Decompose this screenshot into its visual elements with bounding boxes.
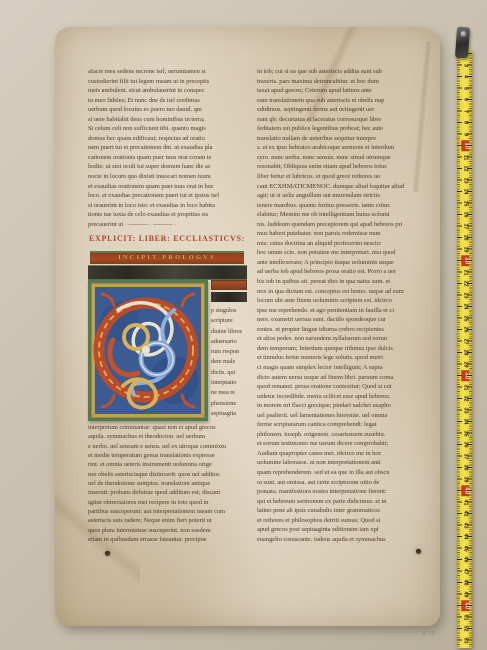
manuscript-text-line: phensione <box>211 399 247 409</box>
manuscript-text-line: domus hec quam edificaui; respicias ad o… <box>88 134 247 144</box>
ruler-number: 15 <box>461 198 468 208</box>
text-column-right: in iob; cui si ea que sub asteriscis add… <box>257 67 435 547</box>
parchment-hole-left <box>105 551 110 556</box>
manuscript-text-line: et medie temperatum genus translationis … <box>88 451 247 460</box>
manuscript-text-line: bis iob in quibus ait. pereat dies in qu… <box>257 277 435 287</box>
ruler-number: 31 <box>461 382 468 392</box>
manuscript-text-line: loco. et exaudias precationem pueri tui … <box>88 191 247 201</box>
manuscript-text-line: resonabit; Obliquus enim etiam apud hebr… <box>257 162 435 172</box>
manuscript-text-line: septuagita <box>211 409 247 419</box>
ruler-number: 16 <box>461 210 468 220</box>
manuscript-text-line: ipse me reprehendo. et ago penitentiam i… <box>257 306 435 316</box>
manuscript-text-line: nox in qua dictum est. conceptus est hom… <box>257 287 435 297</box>
ruler-number: 26 <box>461 325 468 335</box>
manuscript-text-line: uerbum quod locutus es puero tuo dauid. … <box>88 105 247 115</box>
ruler-number: 6 <box>461 95 468 105</box>
manuscript-text-line: tionis tue iuxta de celo exaudias et pro… <box>88 210 247 220</box>
manuscript-text-line: et alios pedes. non earundem syllabarum … <box>257 334 435 344</box>
ruler-number: 17 <box>461 221 468 231</box>
manuscript-text-line: diuine libros <box>211 327 247 337</box>
manuscript-leaf: afacie mea sedens mcrone isrl; uerumtame… <box>55 27 440 626</box>
manuscript-text-line: ante intellexeram; A principio itaque uo… <box>257 258 435 268</box>
left-column-lower-text: interpretum criminantur: quasi non et ap… <box>88 423 247 544</box>
manuscript-text-line: hodie: ut sint oculi tui super domum han… <box>88 162 247 172</box>
ruler-number: 12 <box>461 164 468 174</box>
manuscript-text-line: si uere habitabit deus cum hominibus in … <box>88 115 247 125</box>
manuscript-text-line: agit; ut si uelis anguillam aut murenula… <box>257 191 435 201</box>
manuscript-text-line: afacie mea sedens mcrone isrl; uerumtame… <box>88 67 247 77</box>
initial-letter-C <box>88 280 208 421</box>
manuscript-text-line: asteriscis suis radere; Neque enim fieri… <box>88 516 247 525</box>
manuscript-text-line: sunt qb; decurtatus et laceratus corrosu… <box>257 115 435 125</box>
manuscript-text-line: quod remanet. prosa oratione contexitur;… <box>257 382 435 392</box>
ruler-number: 27 <box>461 336 468 346</box>
ruler-number: 36 <box>461 440 468 450</box>
ruler-number: 33 <box>461 405 468 415</box>
title-band-gold-on-red: INCIPIT PROLOGVS <box>90 251 244 264</box>
ruler-number: 8 <box>461 118 468 128</box>
manuscript-text-line: custodierint filii tui legem meam ut in … <box>88 77 247 87</box>
manuscript-text-line: philonem. ioseph. origenem. cesariensem … <box>257 430 435 440</box>
manuscript-text-line: igitur obtrectatores mei recipere in tot… <box>88 498 247 507</box>
manuscript-text-line: uel psalterii. uel lamentationes hieremi… <box>257 411 435 421</box>
ruler-number: 11 <box>461 152 468 162</box>
manuscript-text-line: apud grecos post septuaginta editionem i… <box>257 525 435 535</box>
manuscript-text-line: elabitur; Memini me ob intelligentiam hu… <box>257 210 435 220</box>
ruler-number: 34 <box>461 417 468 427</box>
manuscript-text-line: interptatio <box>211 378 247 388</box>
manuscript-text-line: mus haberi putabatur. non paruis redemis… <box>257 229 435 239</box>
manuscript-text-line: etiam in quibusdam errasse fateantur. pr… <box>88 535 247 544</box>
manuscript-text-line: dicto autem uersu usque ad finem libri. … <box>257 373 435 383</box>
manuscript-text-line: uidetur incredibile. metra scilicet esse… <box>257 392 435 402</box>
manuscript-text-line: locum ubi ante finem uoluminis scriptum … <box>257 296 435 306</box>
manuscript-text-line: mis: cuius doctrina an aliquid profeceri… <box>257 239 435 249</box>
manuscript-text-line: et rethores et philosophos detriti sumus… <box>257 516 435 526</box>
ruler-number: 25 <box>461 313 468 323</box>
manuscript-text-line: aduersario <box>211 337 247 347</box>
manuscript-text-line: liber fertur et lubricus. et quod grece … <box>257 172 435 182</box>
manuscript-text-line: meis ambulent. sicut ambulauerint in con… <box>88 86 247 96</box>
manuscript-text-line: Audiant quapropter canes mei. idcirco me… <box>257 449 435 459</box>
manuscript-text-line: e uerbo. uel sensum e sensu. uel ex utro… <box>88 442 247 451</box>
left-column-upper-text: afacie mea sedens mcrone isrl; uerumtame… <box>88 67 247 229</box>
manuscript-text-line: si orauerint in loco isto: et exaudias i… <box>88 201 247 211</box>
ruler-number: 40 <box>461 485 469 496</box>
manuscript-text-line: interpretum criminantur: quasi non et ap… <box>88 423 247 432</box>
beside-initial-text: p singulosscripturediuine librosaduersar… <box>211 306 247 419</box>
ruler-number: 37 <box>461 451 468 461</box>
manuscript-text-line: prauata. manifestiora nostra interpretat… <box>257 487 435 497</box>
ruler-number: 20 <box>461 255 469 266</box>
manuscript-text-line: eam translationem qua sub asteriscis et … <box>257 96 435 106</box>
mini-band-dark <box>211 292 247 302</box>
manuscript-text-line: rint. et omnia ueteris instrumenti uolum… <box>88 460 247 469</box>
manuscript-text-line: latino pene ab ipsis cunabulis inter gra… <box>257 506 435 516</box>
manuscript-text-line: tenere manibus. quanto fortius presseris… <box>257 201 435 211</box>
manuscript-text-line: quam reprehenderem. sed ut ea que in ill… <box>257 468 435 478</box>
tape-end-clip <box>455 27 470 59</box>
tape-scale: 1234567891011121314151617181920212223242… <box>457 50 472 648</box>
manuscript-text-line: et exaudias orationem quam puer tuus ora… <box>88 182 247 192</box>
manuscript-text-line: translatio nullam de ueteribus sequitur … <box>257 134 435 144</box>
manuscript-text-line: tu meo fideles; Et nunc dne ds isrl cred… <box>88 96 247 106</box>
manuscript-text-line: dere male <box>211 357 247 367</box>
manuscript-text-line: nis. luddeum quendam preceptorem qui apu… <box>257 220 435 230</box>
ruler-number: 32 <box>461 394 468 404</box>
manuscript-text-line: nem pueri tui et precationem dni. ut exa… <box>88 143 247 153</box>
ruler-number: 10 <box>461 140 469 151</box>
ruler-number: 19 <box>461 244 468 254</box>
ruler-number: 28 <box>461 348 468 358</box>
ruler-number: 7 <box>461 106 468 116</box>
manuscript-text-line: ci magis quam simplex lector intelligunt… <box>257 363 435 373</box>
ruler-number: 18 <box>461 233 468 243</box>
manuscript-text-line: uel de theodotione sumptos. translationi… <box>88 479 247 488</box>
corner-mark: M 73 <box>422 631 435 637</box>
manuscript-text-line: partibus susceperunt: aut interpretation… <box>88 507 247 516</box>
manuscript-text-line: euangelio coruscante. iudeus aquila et s… <box>257 535 435 545</box>
manuscript-text-line: in morem nri flacci grecique; pindari ua… <box>257 401 435 411</box>
ruler-number: 41 <box>461 497 468 507</box>
ruler-number: 14 <box>461 187 468 197</box>
manuscript-text-line: cationem orationis quam puer tuus orat c… <box>88 153 247 163</box>
ruler-number: 5 <box>461 83 468 93</box>
ruler-number: 46 <box>461 555 468 565</box>
ruler-number: 53 <box>461 635 468 645</box>
ruler-number: 3 <box>461 60 468 70</box>
manuscript-text-line: quos plura intermisisse susceperint. non… <box>88 526 247 535</box>
manuscript-text-line: syro. nunc uerba. nunc sensus. nunc simu… <box>257 153 435 163</box>
manuscript-text-line: qui et hebreum sermonem ex parte didicim… <box>257 497 435 507</box>
ruler-number: 48 <box>461 578 468 588</box>
ruler-number: 49 <box>461 589 468 599</box>
manuscript-text-line: dictis. qui <box>211 368 247 378</box>
manuscript-text-line: et eorum testimonio me uerum dicere comp… <box>257 439 435 449</box>
title-band-tarnished-silver <box>88 265 247 280</box>
photo-backdrop: afacie mea sedens mcrone isrl; uerumtame… <box>0 0 487 650</box>
manuscript-text-line: ad uerba iob apud hebreos prosa oratio e… <box>257 267 435 277</box>
manuscript-text-line: nocte in locum quo dixisti inuocari nome… <box>88 172 247 182</box>
manuscript-text-line: nes obelis asteriscisque distinxerit: qu… <box>88 470 247 479</box>
ruler-number: 43 <box>461 520 468 530</box>
manuscript-text-line: p singulos <box>211 306 247 316</box>
manuscript-text-line: inseruit: probans defuisse quod additum … <box>88 488 247 497</box>
manuscript-text-line: et tinnulus fertur numeris lege solutis.… <box>257 353 435 363</box>
ruler-number: 9 <box>461 129 468 139</box>
ruler-number: 4 <box>461 72 468 82</box>
explicit-rubric: EXPLICIT: LIBER: ECCLIASTICVS: <box>89 234 247 246</box>
manuscript-text-line: dem temporum; Interdum quoque rithmus ip… <box>257 344 435 354</box>
manuscript-text-line: taxat apud grecos; Ceterum apud latinos … <box>257 86 435 96</box>
ruler-number: 51 <box>461 612 468 622</box>
manuscript-text-line: s. et ex ipso hebraico arabicoque sermon… <box>257 143 435 153</box>
ruler-number: 45 <box>461 543 468 553</box>
ruler-number: 52 <box>461 624 468 634</box>
ruler-number: 30 <box>461 370 469 381</box>
manuscript-text-line: Si celum celi non sufficiunt tibi. quant… <box>88 124 247 134</box>
manuscript-text-line: scripture <box>211 316 247 326</box>
ruler-number: 42 <box>461 509 468 519</box>
manuscript-text-line: rum respon <box>211 347 247 357</box>
text-column-left: afacie mea sedens mcrone isrl; uerumtame… <box>88 67 247 547</box>
ruler-number: 38 <box>461 463 468 473</box>
mini-band-red <box>211 280 247 290</box>
ruler-number: 13 <box>461 175 468 185</box>
ruler-number: 44 <box>461 532 468 542</box>
ruler-number: 24 <box>461 302 468 312</box>
ruler-number: 39 <box>461 474 468 484</box>
parchment-hole-right <box>416 549 421 554</box>
ruler-number: 23 <box>461 290 468 300</box>
manuscript-text-line: edidimus. septingenti ferme aut octingen… <box>257 105 435 115</box>
illuminated-initial-panel <box>88 280 208 421</box>
manuscript-text-line: rentes. et propter lingue idioma crebro … <box>257 325 435 335</box>
manuscript-text-line: traxeris. pars maxima detruncabitur. et … <box>257 77 435 87</box>
manuscript-text-line: ferme scripturarum cantica comprehendi: … <box>257 420 435 430</box>
manuscript-text-line: nere. exametri uersus sunt. dactilo spon… <box>257 315 435 325</box>
ruler-number: 50 <box>461 600 469 611</box>
ruler-number: 22 <box>461 279 468 289</box>
manuscript-text-line: feditatem sui publice legentibus prebeat… <box>257 124 435 134</box>
measuring-tape-ruler: 1234567891011121314151617181920212223242… <box>455 26 474 650</box>
manuscript-text-line: in iob; cui si ea que sub asteriscis add… <box>257 67 435 77</box>
ruler-number: 21 <box>461 267 468 277</box>
manuscript-text-line: precauerint ut · ——— · ——— · <box>88 220 247 230</box>
manuscript-text-line: hoc unum scio. non potuisse me interpret… <box>257 248 435 258</box>
ruler-number: 47 <box>461 566 468 576</box>
manuscript-text-line: ne mea re <box>211 388 247 398</box>
ruler-number: 29 <box>461 359 468 369</box>
manuscript-text-line: uolumine laborasse. ut non interpretatio… <box>257 458 435 468</box>
beside-initial-block: p singulosscripturediuine librosaduersar… <box>211 280 247 419</box>
ruler-number: 35 <box>461 428 468 438</box>
manuscript-text-line: aquila. symmachus et theodocion. uel uer… <box>88 432 247 441</box>
manuscript-text-line: cant ECXHMATICMENOC. dumque aliud loquit… <box>257 182 435 192</box>
manuscript-text-line: ra sunt. aut omissa. aut certe scriptoru… <box>257 478 435 488</box>
